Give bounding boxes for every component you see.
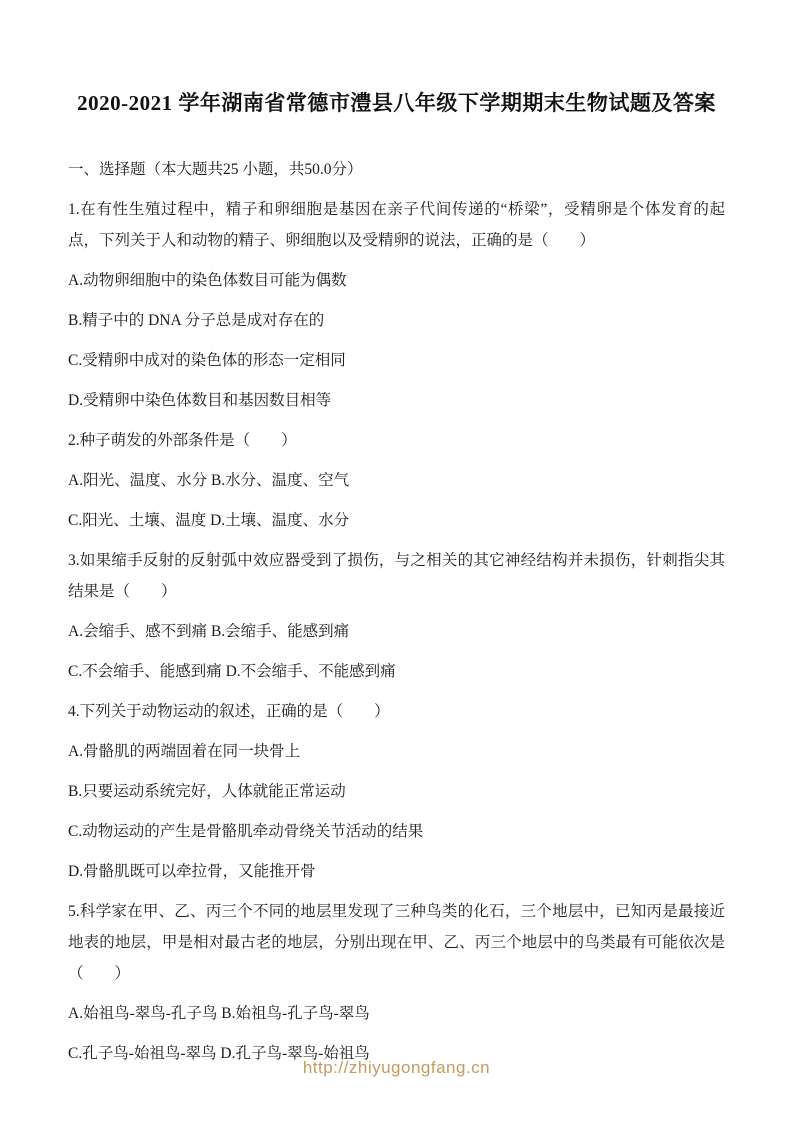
question-stem: 4.下列关于动物运动的叙述，正确的是（ ） (68, 696, 725, 727)
question-option-line: A.动物卵细胞中的染色体数目可能为偶数 (68, 265, 725, 296)
question-option-line: A.始祖鸟-翠鸟-孔子鸟 B.始祖鸟-孔子鸟-翠鸟 (68, 998, 725, 1029)
page-title: 2020-2021 学年湖南省常德市澧县八年级下学期期末生物试题及答案 (68, 88, 725, 118)
question-stem: 2.种子萌发的外部条件是（ ） (68, 425, 725, 456)
document-page: 2020-2021 学年湖南省常德市澧县八年级下学期期末生物试题及答案 一、选择… (0, 0, 793, 1122)
question-stem: 5.科学家在甲、乙、丙三个不同的地层里发现了三种鸟类的化石，三个地层中，已知丙是… (68, 896, 725, 989)
question-option-line: C.受精卵中成对的染色体的形态一定相同 (68, 345, 725, 376)
question-option-line: A.阳光、温度、水分 B.水分、温度、空气 (68, 465, 725, 496)
question-option-line: A.会缩手、感不到痛 B.会缩手、能感到痛 (68, 616, 725, 647)
section-heading: 一、选择题（本大题共25 小题，共50.0分） (68, 154, 725, 185)
footer-url: http://zhiyugongfang.cn (0, 1058, 793, 1078)
question-option-line: C.动物运动的产生是骨骼肌牵动骨绕关节活动的结果 (68, 816, 725, 847)
question-option-line: D.受精卵中染色体数目和基因数目相等 (68, 385, 725, 416)
question-option-line: D.骨骼肌既可以牵拉骨，又能推开骨 (68, 856, 725, 887)
questions: 1.在有性生殖过程中，精子和卵细胞是基因在亲子代间传递的“桥梁”，受精卵是个体发… (68, 194, 725, 1069)
question-stem: 1.在有性生殖过程中，精子和卵细胞是基因在亲子代间传递的“桥梁”，受精卵是个体发… (68, 194, 725, 256)
question-option-line: B.只要运动系统完好，人体就能正常运动 (68, 776, 725, 807)
document-content: 2020-2021 学年湖南省常德市澧县八年级下学期期末生物试题及答案 一、选择… (0, 0, 793, 1069)
question-option-line: C.不会缩手、能感到痛 D.不会缩手、不能感到痛 (68, 656, 725, 687)
question-stem: 3.如果缩手反射的反射弧中效应器受到了损伤，与之相关的其它神经结构并未损伤，针刺… (68, 545, 725, 607)
question-option-line: C.阳光、土壤、温度 D.土壤、温度、水分 (68, 505, 725, 536)
question-option-line: A.骨骼肌的两端固着在同一块骨上 (68, 736, 725, 767)
question-option-line: B.精子中的 DNA 分子总是成对存在的 (68, 305, 725, 336)
